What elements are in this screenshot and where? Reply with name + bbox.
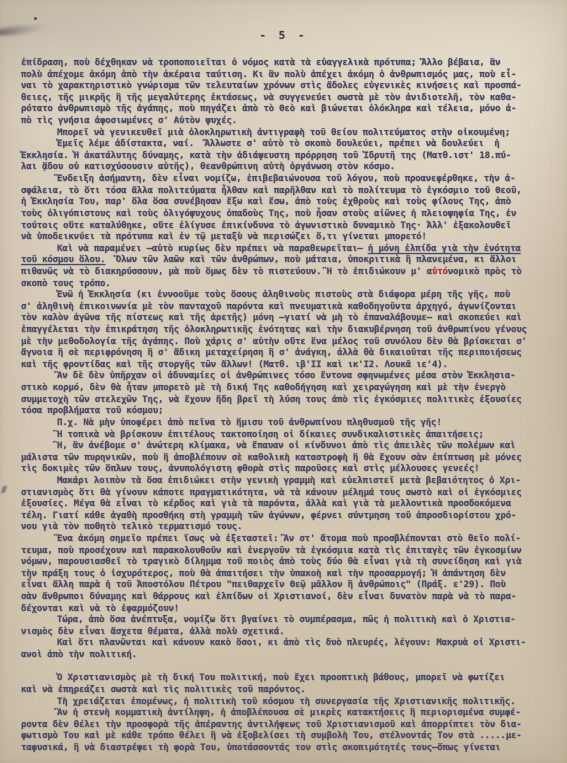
typewritten-text: ἐπαγγέλεται τὴν ἐπικράτηση τῆς ὁλοκληρωτ… (21, 325, 527, 335)
text-line: ἐπίδραση, ποὺ δέχθηκαν νὰ τροποποιεῖται … (21, 58, 559, 70)
typewritten-text: Ἔνδειξη ἀσήμαντη, δὲν εἶναι νομίζω, ἐπιβ… (57, 174, 515, 184)
page-number: - 5 - (0, 29, 567, 42)
text-line: ανοὶ ἀπὸ τὴν πολιτική. (21, 650, 559, 662)
text-line: νισμὸς δὲν εἶναι ἄσχετα θέματα, ἀλλὰ πολ… (21, 627, 559, 639)
underlined-text: τοῦ κόσμου ὅλου. (21, 255, 105, 265)
typewritten-text: ἄγνοια ἢ σὲ περιφρόνηση ἢ σ' ἄδικη μεταχ… (21, 348, 522, 358)
typewritten-text: σφάλεια, τὸ ὅτι τόσα ἄλλα πολιτεύματα ἦλ… (21, 186, 522, 196)
typewritten-text: λαι ᾅδου οὐ κατισχύσουσιν αὐτῆς), θεανθρ… (21, 162, 395, 172)
text-line: τὴν πράξη τους ὁ ἰσχυρότερος, ποὺ θὰ ἀπα… (21, 569, 559, 581)
text-line: Ἢ τοπικὰ νὰ βρίσκουν ἐπιτέλους τακτοποίη… (21, 430, 559, 442)
text-line: Ἂν δὲ δὲν ὑπῆρχαν οἱ ἀδυναμίες οἱ ἀνθρώπ… (21, 371, 559, 383)
typewritten-text: Ἐμεῖς λέμε ἀδίστακτα, ναί. Ἄλλωστε σ' αὐ… (57, 139, 500, 149)
text-line: ταφυσικά, ἢ νὰ διαστρέψει τὴ φορὰ Του, ὑ… (21, 743, 559, 755)
text-line: σφάλεια, τὸ ὅτι τόσα ἄλλα πολιτεύματα ἦλ… (21, 186, 559, 198)
text-line: Ἂν ἡ στενὴ κομματικὴ ἀντίληψη, ἡ ἀποβλέπ… (21, 708, 559, 720)
text-line: ρότατο ἀνθρωπισμὸ τῆς ἀγάπης, ποὺ πηγάζε… (21, 104, 559, 116)
text-line: Ἕνα ἀκόμη σημεῖο πρέπει ἴσως νὰ ἐξεταστε… (21, 534, 559, 546)
typewritten-text: Τώρα, ἀπὸ ὅσα ἀνέπτυξα, νομίζω ὅτι βγαίν… (57, 615, 515, 625)
text-line: ἄγνοια ἢ σὲ περιφρόνηση ἢ σ' ἄδικη μεταχ… (21, 348, 559, 360)
typewritten-text: ναι τὸ χαρακτηριστικὸ γνώρισμα τῶν τελευ… (21, 81, 522, 91)
typewritten-text: τευμα, ποὺ προσέχουν καὶ παρακολουθοῦν κ… (21, 546, 522, 556)
typewritten-text: συμμετοχὴ τῶν στελεχῶν Της, νὰ ἔχουν ἤδη… (21, 395, 522, 405)
typewritten-text: Ἂν ἡ στενὴ κομματικὴ ἀντίληψη, ἡ ἀποβλέπ… (57, 708, 521, 718)
typewritten-text: νομικὸ πρὸς τὸ (448, 267, 522, 277)
text-line: καὶ νὰ ἐπηρεάζει σωστὰ καὶ τὶς πολιτικὲς… (21, 685, 559, 697)
text-line: ναι τὸ χαρακτηριστικὸ γνώρισμα τῶν τελευ… (21, 81, 559, 93)
typewritten-text: Ἕνα ἀκόμη σημεῖο πρέπει ἴσως νὰ ἐξεταστε… (57, 534, 521, 544)
typewritten-text: πολὺ ἀπέχομε ἀκόμη ἀπὸ τὴν ἀκέραια ταύτι… (21, 70, 516, 80)
typewritten-text: ἐπίδραση, ποὺ δέχθηκαν νὰ τροποποιεῖται … (21, 58, 500, 68)
text-line: τόσα προβλήματα τοῦ κόσμου; (21, 406, 559, 418)
text-line: πολὺ ἀπέχομε ἀκόμη ἀπὸ τὴν ἀκέραια ταύτι… (21, 70, 559, 82)
text-line: Καὶ νὰ παραμένει –αὐτὸ κυρίως δὲν πρέπει… (21, 244, 559, 256)
typewritten-text: Καὶ νὰ παραμένει –αὐτὸ κυρίως δὲν πρέπει… (57, 244, 368, 254)
typewritten-text: πιθανῶς νὰ τὸ διακηρύσσουν, μὰ ποὺ ὅμως … (21, 267, 432, 277)
typewritten-text: ροντα δὲν θέλει τὴν προσφορὰ τῆς ἀπέραντ… (21, 720, 522, 730)
typewritten-text: δέχονται καὶ νὰ τὸ ἐφαρμόζουν! (21, 604, 179, 614)
text-line: ἡ Ἐκκλησία Του, παρ' ὅλα ὅσα συνέβησαν ἔ… (21, 197, 559, 209)
typewritten-text: νὰ ὑποδεικνύει τὰ πρότυπα καὶ ἐν τῷ μετα… (21, 232, 427, 242)
text-line: καὶ τῆς φροντίδας καὶ τῆς στοργῆς τῶν ἄλ… (21, 360, 559, 372)
typewritten-text: Μπορεῖ νὰ γενικευθεῖ μιὰ ὁλοκληρωτικὴ ἀν… (57, 128, 510, 138)
typewritten-text: ρότατο ἀνθρωπισμὸ τῆς ἀγάπης, ποὺ πηγάζε… (21, 104, 516, 114)
typewritten-text: Ἢ, ἂν ἀνέβομε σ' ἀνώτερη κλίμακα, νὰ ἔπα… (57, 441, 515, 451)
typewritten-text: φωτισμὸ Του καὶ μὲ κάθε τρόπο θέλει ἢ νὰ… (21, 731, 522, 741)
typewritten-text: ανοὶ ἀπὸ τὴν πολιτική. (21, 650, 137, 660)
text-line: φωτισμὸ Του καὶ μὲ κάθε τρόπο θέλει ἢ νὰ… (21, 731, 559, 743)
typewritten-text: ἡ Ἐκκλησία Του, παρ' ὅλα ὅσα συνέβησαν ἔ… (21, 197, 511, 207)
typewritten-text: στικὸ κορμό, δὲν θὰ ἦταν μπορετὸ μὲ τὴ δ… (21, 383, 506, 393)
typewritten-text: ταφυσικά, ἢ νὰ διαστρέψει τὴ φορὰ Του, ὑ… (21, 743, 500, 753)
text-line: Ἐμεῖς λέμε ἀδίστακτα, ναί. Ἄλλωστε σ' αὐ… (21, 139, 559, 151)
text-line: Καὶ ὅτι πλανῶνται καὶ κάνουν κακὸ ὅσοι, … (21, 638, 559, 650)
text-line: μάλιστα τῶν πυρηνικῶν, ποὺ ἢ ἀποβλέπουν … (21, 453, 559, 465)
ink-dot-mark (34, 17, 37, 20)
underlined-text: ἡ μόνη ἐλπίδα γιὰ τὴν ἑνότητα (368, 244, 521, 254)
typewritten-text: σκοπὸ τους τρόπο. (21, 279, 111, 289)
typewritten-text: Τὴ χρειάζεται ἐπομένως, ἡ πολιτικὴ τοῦ κ… (57, 697, 515, 707)
typewritten-text: νόμων, παρουσιασθεῖ τὸ τραγικὸ δίλημμα τ… (21, 557, 522, 567)
text-line: σκοπὸ τους τρόπο. (21, 279, 559, 291)
typewritten-text: Ἐνῶ ἡ Ἐκκλησία (κι ἐννοοῦμε τοὺς ὅσους ἀ… (57, 290, 510, 300)
typewritten-text: σὰν ἄνθρωποι δύναμης καὶ θάρρους καὶ ἐλπ… (21, 592, 516, 602)
typewritten-text: στιανισμὸς ὅτι θὰ γίνουν κάποτε πραγματι… (21, 488, 522, 498)
text-line: θειες, τῆς μικρῆς ἢ τῆς μεγαλύτερης ἐκτά… (21, 93, 559, 105)
typewritten-text: Ὅλων τῶν λαῶν καὶ τῶν ἀνθρώπων, ποὺ μάτα… (105, 255, 516, 265)
text-line: τὶς δοκιμὲς τῶν ὅπλων τους, ἀνυπολόγιστη… (21, 464, 559, 476)
text-line: νόμων, παρουσιασθεῖ τὸ τραγικὸ δίλημμα τ… (21, 557, 559, 569)
text-line: Ἐκκλησία. Ἡ ἀκατάλυτης δύναμης, κατὰ τὴν… (21, 151, 559, 163)
text-line: τοῦ κόσμου ὅλου. Ὅλων τῶν λαῶν καὶ τῶν ἀ… (21, 255, 559, 267)
typewritten-text: Μακάρι λοιπὸν τὰ ὅσα ἐπιδιώκει στὴν γενι… (57, 476, 521, 486)
red-correction-text: ὐτό (432, 267, 448, 277)
typewritten-text: μὲ τὴν μεθοδολογία τῆς ἀγάπης. Ποὺ χάρις… (21, 337, 527, 347)
text-line: Τώρα, ἀπὸ ὅσα ἀνέπτυξα, νομίζω ὅτι βγαίν… (21, 615, 559, 627)
text-line: στικὸ κορμό, δὲν θὰ ἦταν μπορετὸ μὲ τὴ δ… (21, 383, 559, 395)
text-line: νὰ ὑποδεικνύει τὰ πρότυπα καὶ ἐν τῷ μετα… (21, 232, 559, 244)
text-line: Ἐνῶ ἡ Ἐκκλησία (κι ἐννοοῦμε τοὺς ὅσους ἀ… (21, 290, 559, 302)
typewritten-text: Ἢ τοπικὰ νὰ βρίσκουν ἐπιτέλους τακτοποίη… (57, 430, 484, 440)
blank-line (21, 662, 559, 674)
text-line: Ἔνδειξη ἀσήμαντη, δὲν εἶναι νομίζω, ἐπιβ… (21, 174, 559, 186)
typewritten-text: καὶ νὰ ἐπηρεάζει σωστὰ καὶ τὶς πολιτικὲς… (21, 685, 306, 695)
typewritten-text: τέλη. Γιατί κάθε ἀγαθὴ προσθήκη στὴ γραμ… (21, 511, 516, 521)
typewritten-text: καὶ τῆς φροντίδας καὶ τῆς στοργῆς τῶν ἄλ… (21, 360, 448, 370)
text-line: μὲ τὴν μεθοδολογία τῆς ἀγάπης. Ποὺ χάρις… (21, 337, 559, 349)
text-line: Μακάρι λοιπὸν τὰ ὅσα ἐπιδιώκει στὴν γενι… (21, 476, 559, 488)
text-line: τοὺς ὀλιγόπιστους καὶ τοὺς ὀλιγόψυχους ὀ… (21, 209, 559, 221)
text-line: τούτοις οὔτε καταλύθηκε, οὔτε ἐλίγυσε ἐπ… (21, 221, 559, 233)
typewritten-text: νου γιὰ τὸν ποθητὸ τελικὸ τερματισμό του… (21, 522, 242, 532)
text-line: λαι ᾅδου οὐ κατισχύσουσιν αὐτῆς), θεανθρ… (21, 162, 559, 174)
typewritten-text: τοὺς ὀλιγόπιστους καὶ τοὺς ὀλιγόψυχους ὀ… (21, 209, 516, 219)
text-line: Π.χ. Νὰ μὴν ὑποφέρει ἀπὸ πεῖνα τὸ ἥμισυ … (21, 418, 559, 430)
typewritten-text: Ἂν δὲ δὲν ὑπῆρχαν οἱ ἀδυναμίες οἱ ἀνθρώπ… (57, 371, 515, 381)
typewritten-text: Ἐκκλησία. Ἡ ἀκατάλυτης δύναμης, κατὰ τὴν… (21, 151, 511, 161)
text-line: Ἢ, ἂν ἀνέβομε σ' ἀνώτερη κλίμακα, νὰ ἔπα… (21, 441, 559, 453)
text-line: Τὴ χρειάζεται ἐπομένως, ἡ πολιτικὴ τοῦ κ… (21, 697, 559, 709)
text-line: νου γιὰ τὸν ποθητὸ τελικὸ τερματισμό του… (21, 522, 559, 534)
typewritten-text: ἐξουσίες. Μέγα θὰ εἶναι τὸ κέρδος καὶ γι… (21, 499, 511, 509)
margin-pen-tick-mark (1, 486, 7, 493)
typewritten-text: θειες, τῆς μικρῆς ἢ τῆς μεγαλύτερης ἐκτά… (21, 93, 516, 103)
typewritten-text: τούτοις οὔτε καταλύθηκε, οὔτε ἐλίγυσε ἐπ… (21, 221, 511, 231)
typewritten-text: νισμὸς δὲν εἶναι ἄσχετα θέματα, ἀλλὰ πολ… (21, 627, 284, 637)
text-line: τὸν καλὸν ἀγῶνα τῆς πίστεως καὶ τῆς ἀρετ… (21, 313, 559, 325)
text-line: συμμετοχὴ τῶν στελεχῶν Της, νὰ ἔχουν ἤδη… (21, 395, 559, 407)
typewritten-text: Καὶ ὅτι πλανῶνται καὶ κάνουν κακὸ ὅσοι, … (57, 638, 526, 648)
text-line: εἶναι ἄλλη παρὰ ἡ τοῦ Ἀποστόλου Πέτρου "… (21, 580, 559, 592)
text-line: ἐξουσίες. Μέγα θὰ εἶναι τὸ κέρδος καὶ γι… (21, 499, 559, 511)
typewritten-text: τὴν πράξη τους ὁ ἰσχυρότερος, ποὺ θὰ ἀπα… (21, 569, 506, 579)
typewritten-text: εἶναι ἄλλη παρὰ ἡ τοῦ Ἀποστόλου Πέτρου "… (21, 580, 506, 590)
typewritten-text: τὸν καλὸν ἀγῶνα τῆς πίστεως καὶ τῆς ἀρετ… (21, 313, 522, 323)
text-line: ροντα δὲν θέλει τὴν προσφορὰ τῆς ἀπέραντ… (21, 720, 559, 732)
document-page: - 5 - ἐπίδραση, ποὺ δέχθηκαν νὰ τροποποι… (0, 0, 567, 763)
typewritten-text: Π.χ. Νὰ μὴν ὑποφέρει ἀπὸ πεῖνα τὸ ἥμισυ … (57, 418, 442, 428)
text-line: στιανισμὸς ὅτι θὰ γίνουν κάποτε πραγματι… (21, 488, 559, 500)
text-line: δέχονται καὶ νὰ τὸ ἐφαρμόζουν! (21, 604, 559, 616)
text-line: σ' ἀληθινὴ ἐπικοινωνία μὲ τὸν πανταχοῦ π… (21, 302, 559, 314)
typewritten-text: τὶς δοκιμὲς τῶν ὅπλων τους, ἀνυπολόγιστη… (21, 464, 479, 474)
document-body: ἐπίδραση, ποὺ δέχθηκαν νὰ τροποποιεῖται … (21, 58, 559, 755)
text-line: τέλη. Γιατί κάθε ἀγαθὴ προσθήκη στὴ γραμ… (21, 511, 559, 523)
text-line: πιθανῶς νὰ τὸ διακηρύσσουν, μὰ ποὺ ὅμως … (21, 267, 559, 279)
text-line: ἐπαγγέλεται τὴν ἐπικράτηση τῆς ὁλοκληρωτ… (21, 325, 559, 337)
text-line: πὸ τὶς γνήσια ἀφοσιωμένες σ' Αὐτὸν ψυχές… (21, 116, 559, 128)
typewritten-text: μάλιστα τῶν πυρηνικῶν, ποὺ ἢ ἀποβλέπουν … (21, 453, 522, 463)
typewritten-text: πὸ τὶς γνήσια ἀφοσιωμένες σ' Αὐτὸν ψυχές… (21, 116, 237, 126)
text-line: Ὁ Χριστιανισμὸς μὲ τὴ δική Του πολιτική,… (21, 673, 559, 685)
typewritten-text: Ὁ Χριστιανισμὸς μὲ τὴ δική Του πολιτική,… (57, 673, 505, 683)
text-line: Μπορεῖ νὰ γενικευθεῖ μιὰ ὁλοκληρωτικὴ ἀν… (21, 128, 559, 140)
text-line: τευμα, ποὺ προσέχουν καὶ παρακολουθοῦν κ… (21, 546, 559, 558)
text-line: σὰν ἄνθρωποι δύναμης καὶ θάρρους καὶ ἐλπ… (21, 592, 559, 604)
typewritten-text: σ' ἀληθινὴ ἐπικοινωνία μὲ τὸν πανταχοῦ π… (21, 302, 516, 312)
typewritten-text: τόσα προβλήματα τοῦ κόσμου; (21, 406, 163, 416)
